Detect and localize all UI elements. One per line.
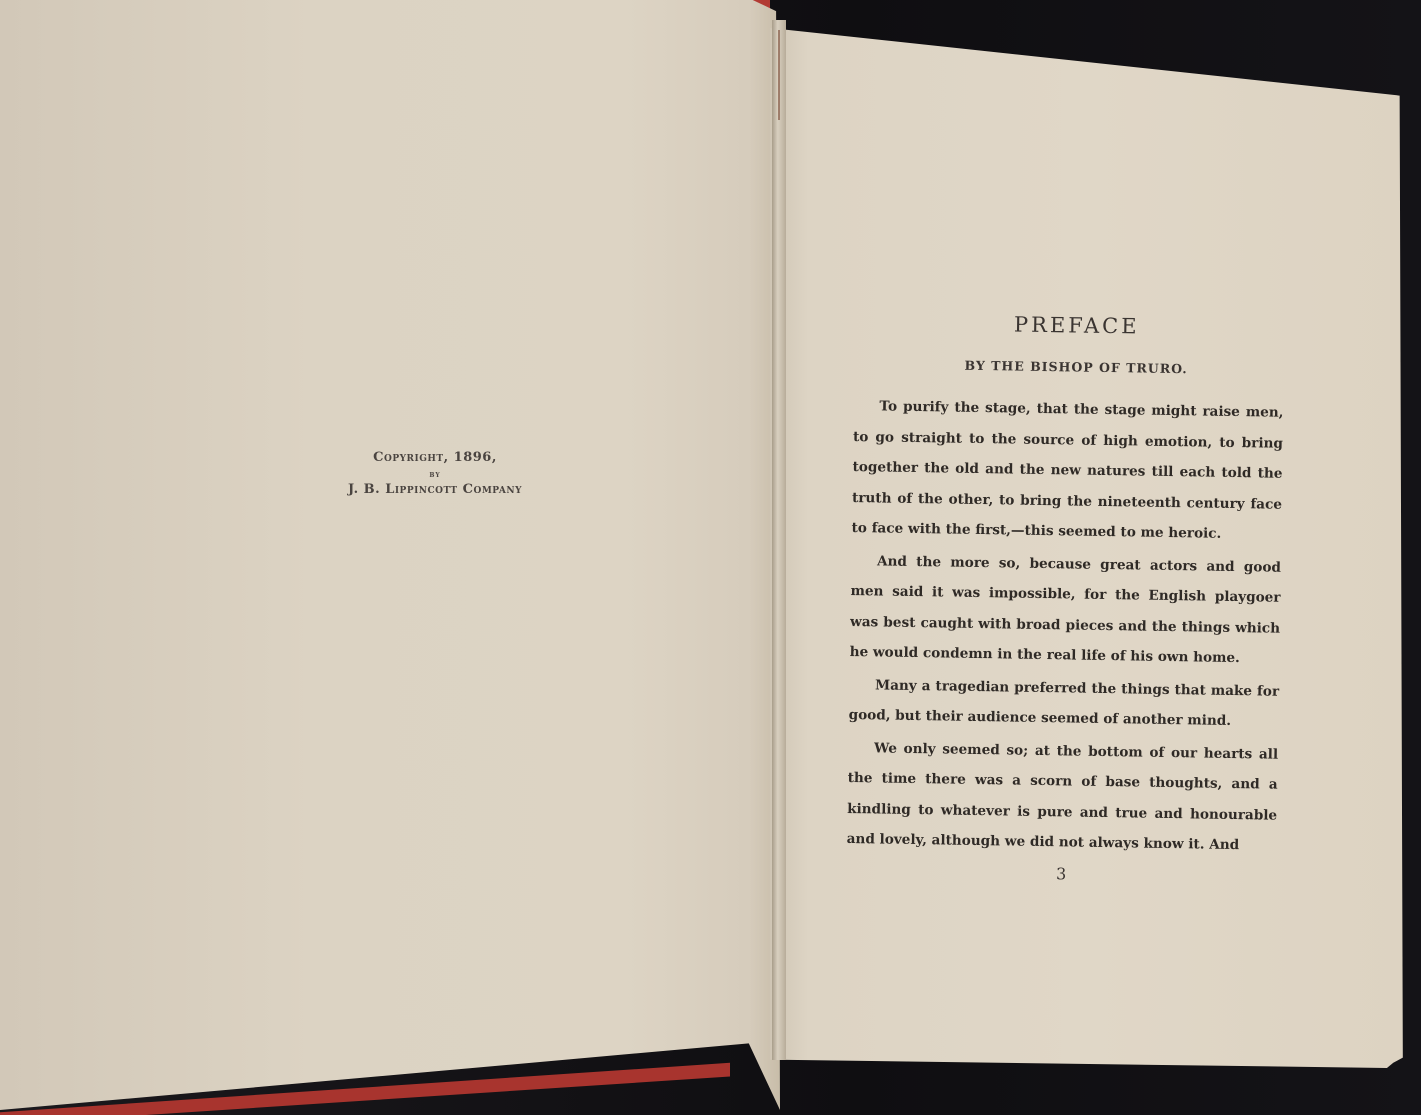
publisher-line: J. B. Lippincott Company (310, 482, 560, 497)
left-page (0, 0, 780, 1110)
preface-body: To purify the stage, that the stage migh… (846, 391, 1283, 861)
copyright-notice: Copyright, 1896, by J. B. Lippincott Com… (310, 450, 560, 497)
paragraph-4: We only seemed so; at the bottom of our … (846, 732, 1278, 861)
book-gutter (772, 20, 786, 1060)
book-spread: Copyright, 1896, by J. B. Lippincott Com… (0, 0, 1421, 1115)
by-line: by (310, 469, 560, 479)
paragraph-3: Many a tragedian preferred the things th… (848, 669, 1279, 737)
copyright-line: Copyright, 1896, (310, 450, 560, 465)
paragraph-1: To purify the stage, that the stage migh… (851, 391, 1283, 550)
author-byline: BY THE BISHOP OF TRURO. (868, 356, 1284, 378)
gutter-binding-line (778, 30, 780, 120)
preface-section: PREFACE BY THE BISHOP OF TRURO. To purif… (846, 310, 1285, 886)
page-title: PREFACE (869, 310, 1285, 341)
paragraph-2: And the more so, because great actors an… (849, 545, 1281, 674)
